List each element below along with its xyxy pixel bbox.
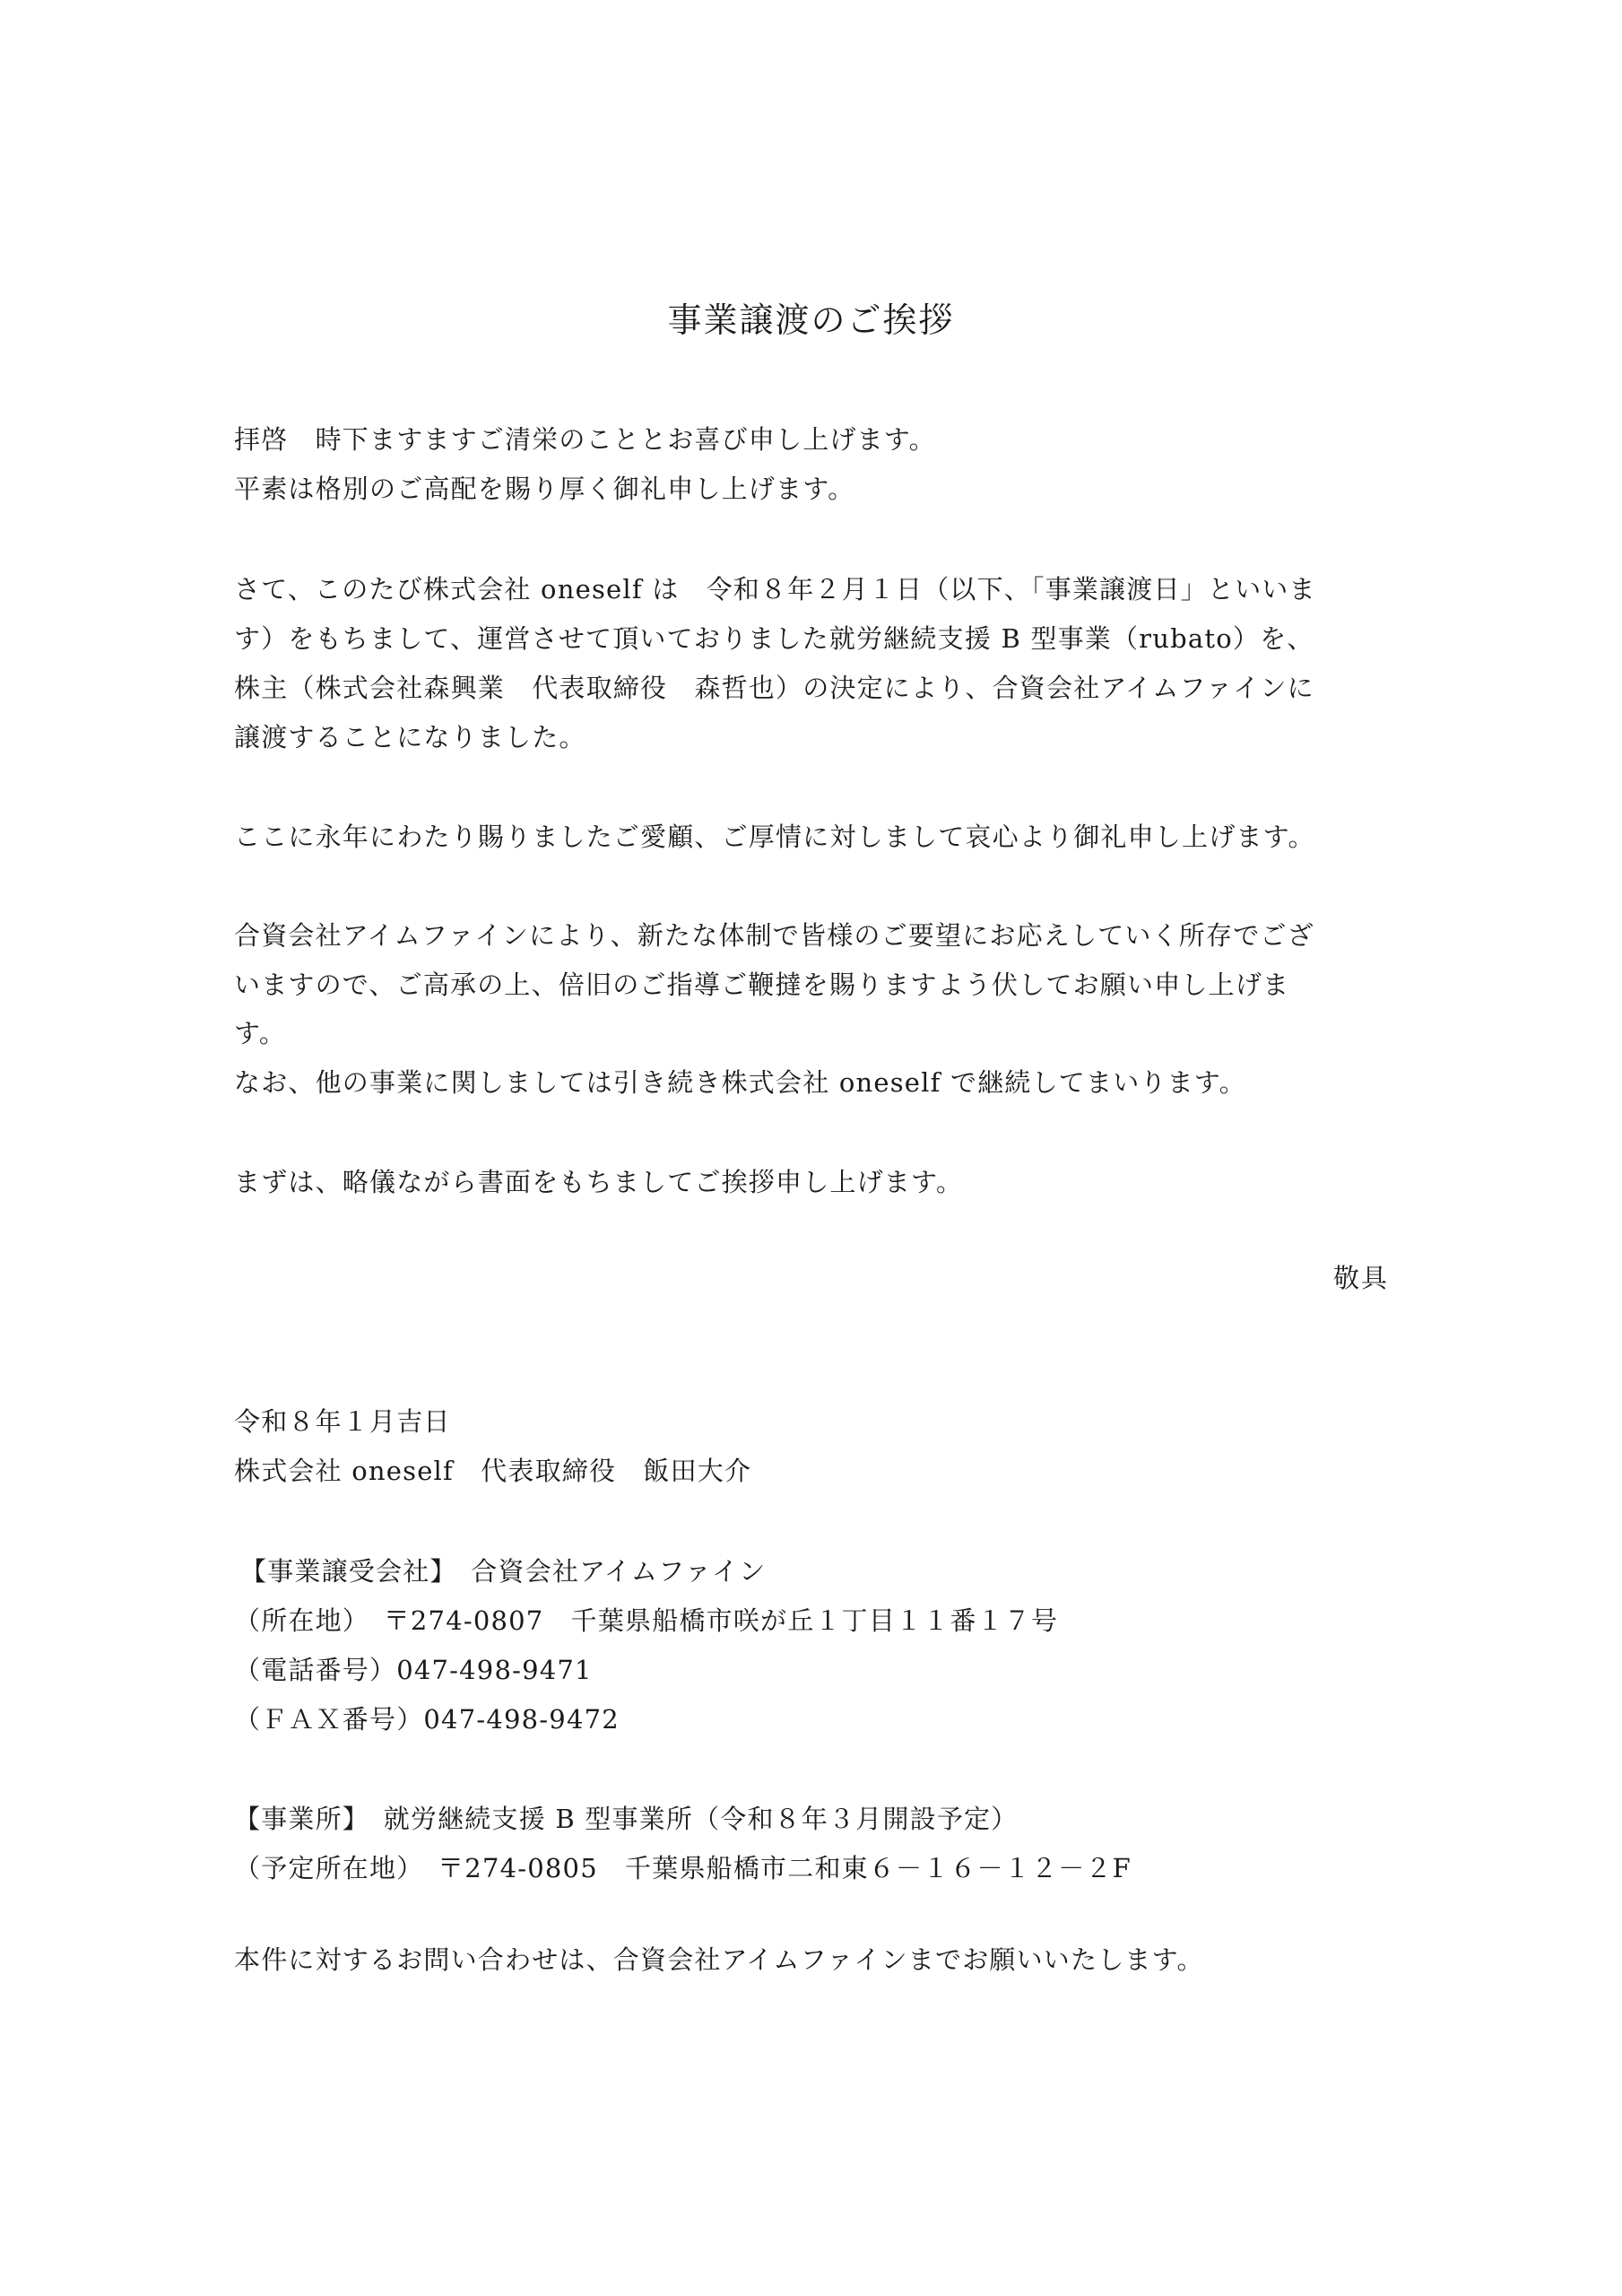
- transfer-line-3: 株主（株式会社森興業 代表取締役 森哲也）の決定により、合資会社アイムファインに: [234, 670, 1314, 706]
- request-line-1: 合資会社アイムファインにより、新たな体制で皆様のご要望にお応えしていく所存でござ: [234, 918, 1314, 953]
- request-line-2: いますので、ご高承の上、倍旧のご指導ご鞭撻を賜りますよう伏してお願い申し上げま: [234, 967, 1289, 1003]
- transfer-line-2: す）をもちまして、運営させて頂いておりました就労継続支援 B 型事業（rubat…: [234, 621, 1314, 657]
- thanks-line: ここに永年にわたり賜りましたご愛顧、ご厚情に対しまして哀心より御礼申し上げます。: [234, 819, 1315, 855]
- transfer-line-4: 譲渡することになりました。: [234, 719, 586, 755]
- transferee-phone: （電話番号）047-498-9471: [234, 1652, 593, 1688]
- letter-page: 事業譲渡のご挨拶 拝啓 時下ますますご清栄のこととお喜び申し上げます。 平素は格…: [0, 0, 1622, 2296]
- greeting-line-2: 平素は格別のご高配を賜り厚く御礼申し上げます。: [234, 471, 854, 507]
- document-title: 事業譲渡のご挨拶: [0, 298, 1622, 343]
- greeting-line-1: 拝啓 時下ますますご清栄のこととお喜び申し上げます。: [234, 422, 936, 457]
- transferee-fax: （ＦＡＸ番号）047-498-9472: [234, 1701, 620, 1737]
- transferee-address: （所在地） 〒274-0807 千葉県船橋市咲が丘１丁目１１番１７号: [234, 1603, 1058, 1639]
- office-heading: 【事業所】 就労継続支援 B 型事業所（令和８年３月開設予定）: [234, 1801, 1018, 1837]
- request-line-4: なお、他の事業に関しましては引き続き株式会社 oneself で継続してまいりま…: [234, 1065, 1246, 1100]
- transferee-heading: 【事業譲受会社】 合資会社アイムファイン: [240, 1553, 766, 1589]
- office-address: （予定所在地） 〒274-0805 千葉県船橋市二和東６－１６－１２－２F: [234, 1850, 1132, 1886]
- letter-sender: 株式会社 oneself 代表取締役 飯田大介: [234, 1453, 751, 1489]
- closing-word: 敬具: [1333, 1260, 1389, 1296]
- closing-line: まずは、略儀ながら書面をもちましてご挨拶申し上げます。: [234, 1164, 963, 1200]
- inquiry-note: 本件に対するお問い合わせは、合資会社アイムファインまでお願いいたします。: [234, 1942, 1204, 1978]
- request-line-3: す。: [234, 1015, 286, 1051]
- letter-date: 令和８年１月吉日: [234, 1404, 451, 1439]
- transfer-line-1: さて、このたび株式会社 oneself は 令和８年２月１日（以下、「事業譲渡日…: [234, 571, 1316, 607]
